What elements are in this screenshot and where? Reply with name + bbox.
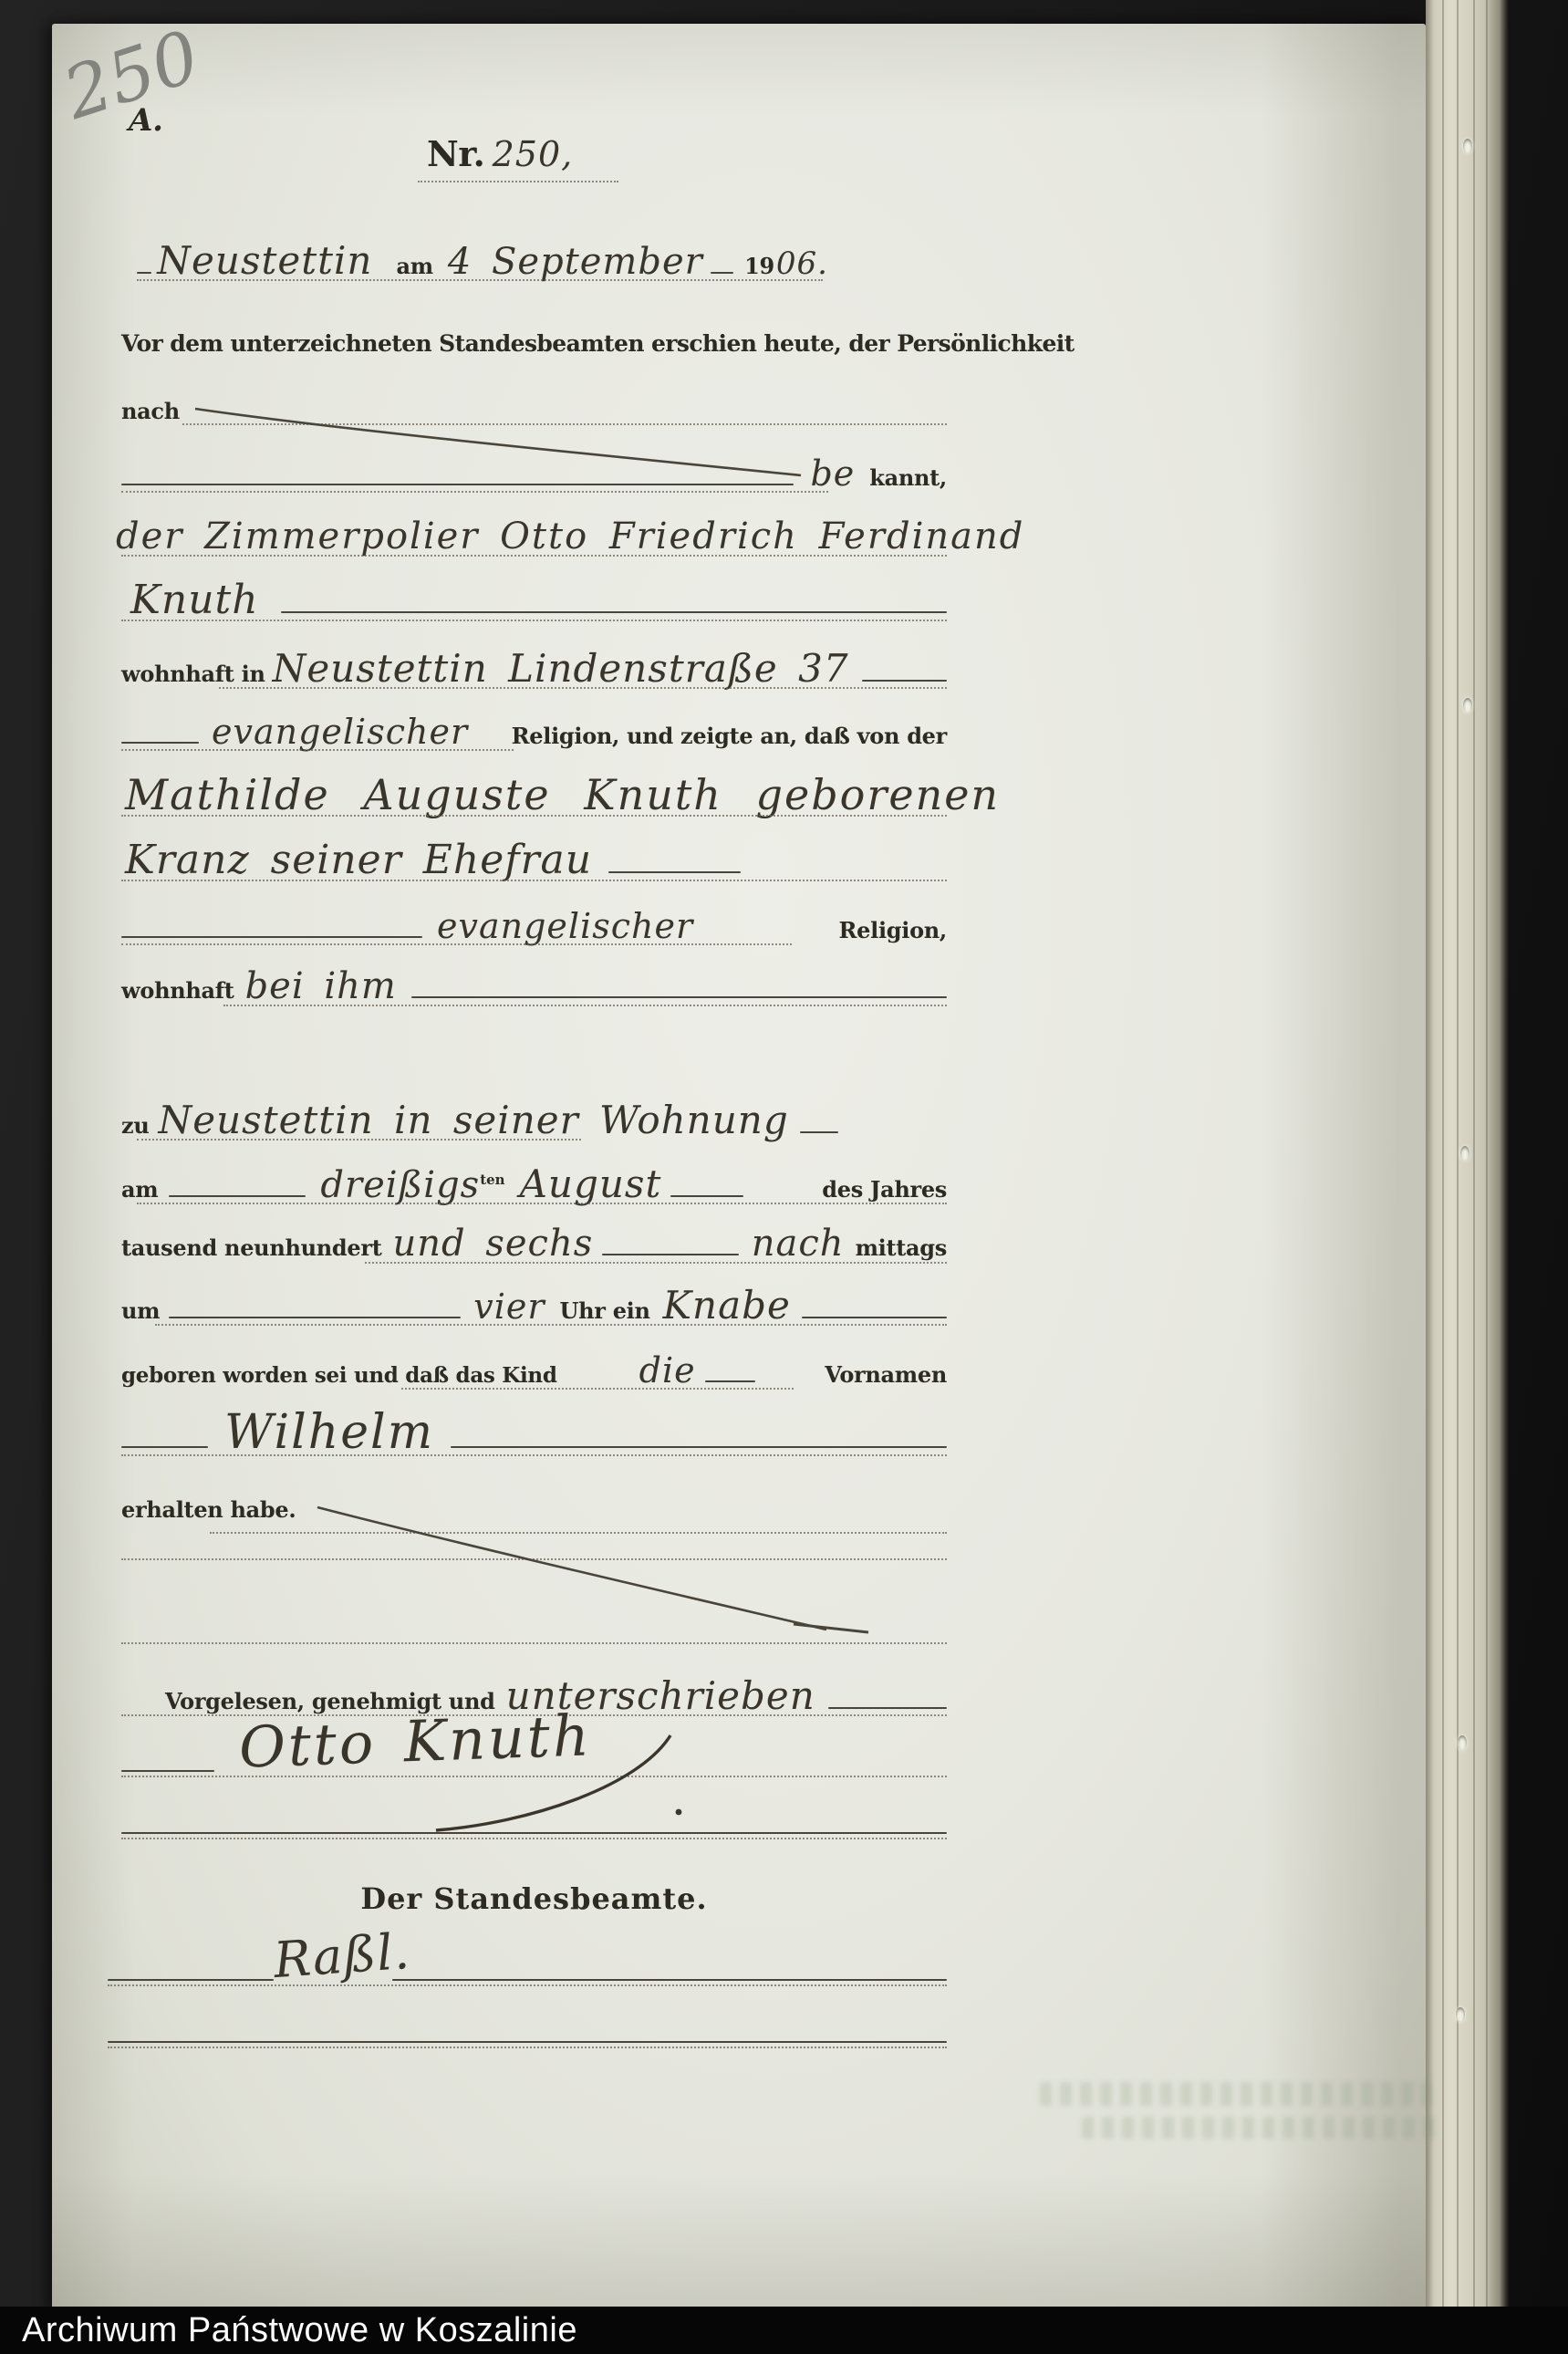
rule-segment bbox=[169, 1195, 306, 1197]
rule-segment bbox=[169, 1317, 461, 1318]
archive-name: Archiwum Państwowe w Koszalinie bbox=[22, 2311, 577, 2350]
birth-place-print: zu bbox=[121, 1112, 149, 1139]
registrar-title-line: Der Standesbeamte. bbox=[121, 1881, 947, 1916]
birth-hour-hand: vier bbox=[473, 1286, 545, 1327]
religion1-hand: evangelischer bbox=[212, 712, 468, 752]
registrar-title-text: Der Standesbeamte. bbox=[360, 1881, 707, 1916]
religion2-print: Religion, bbox=[839, 917, 947, 943]
rule-segment bbox=[828, 1707, 947, 1709]
declarant-signature: Otto Knuth bbox=[238, 1702, 593, 1780]
religion2-hand: evangelischer bbox=[437, 906, 693, 946]
mother-name-text: Mathilde Auguste Knuth geborenen bbox=[125, 770, 1000, 819]
erhalten-line: erhalten habe. bbox=[121, 1496, 947, 1523]
birth-year-print2: mittags bbox=[856, 1234, 947, 1261]
mother-name-line: Mathilde Auguste Knuth geborenen bbox=[125, 770, 947, 819]
erhalten-print: erhalten habe. bbox=[121, 1496, 296, 1523]
rule-segment bbox=[705, 1380, 755, 1382]
nach-line: nach bbox=[121, 398, 947, 424]
birth-day-suffix: ten bbox=[480, 1172, 504, 1188]
rule-segment bbox=[602, 1254, 739, 1255]
binding-stitch-hole bbox=[1460, 1146, 1469, 1161]
archive-footer-bar: Archiwum Państwowe w Koszalinie bbox=[0, 2307, 1568, 2354]
rule-segment bbox=[281, 611, 947, 613]
rule-segment bbox=[137, 272, 151, 274]
binding-stitch-hole bbox=[1463, 698, 1472, 713]
scanned-document-page: 250 A. Nr. 250, Neustettin am 4 Septembe… bbox=[0, 0, 1568, 2354]
date-day-month: 4 September bbox=[448, 241, 703, 283]
rule-segment bbox=[711, 272, 733, 274]
date-place: Neustettin bbox=[157, 238, 372, 283]
given-name-line: Wilhelm bbox=[121, 1405, 947, 1460]
residence-hand: Neustettin Lindenstraße 37 bbox=[273, 646, 849, 691]
birth-year-hand2: nach bbox=[752, 1223, 845, 1265]
date-year: 06. bbox=[776, 245, 828, 282]
birth-time-line: um vier Uhr ein Knabe bbox=[121, 1283, 947, 1328]
bekannt-print: kannt, bbox=[869, 464, 947, 491]
birth-time-print: Uhr ein bbox=[560, 1297, 650, 1324]
birth-day-hand: dreißigs bbox=[320, 1164, 480, 1206]
name-intro-print: geboren worden sei und daß das Kind bbox=[121, 1363, 557, 1388]
birth-place-hand: Neustettin in seiner Wohnung bbox=[158, 1098, 788, 1142]
binding-stitch-hole bbox=[1458, 1735, 1467, 1750]
intro-paragraph: Vor dem unterzeichneten Standesbeamten e… bbox=[121, 330, 970, 357]
rule-segment bbox=[121, 1446, 208, 1448]
date-line: Neustettin am 4 September 19 06. bbox=[137, 238, 828, 283]
residence-print: wohnhaft in bbox=[121, 661, 265, 687]
binding-stitch-hole bbox=[1456, 2007, 1465, 2022]
residence-line: wohnhaft in Neustettin Lindenstraße 37 bbox=[121, 646, 947, 691]
rule-segment bbox=[121, 484, 794, 485]
rule-segment bbox=[451, 1446, 947, 1448]
rule-segment bbox=[121, 936, 422, 938]
date-am-label: am bbox=[396, 253, 432, 279]
form-section-letter: A. bbox=[129, 102, 163, 139]
birth-place-line: zu Neustettin in seiner Wohnung bbox=[121, 1098, 947, 1142]
name-intro-print2: Vornamen bbox=[825, 1361, 947, 1388]
rule-segment bbox=[608, 871, 741, 873]
name-intro-hand: die bbox=[639, 1350, 696, 1391]
book-page-edges bbox=[1426, 0, 1510, 2354]
record-number-value: 250, bbox=[493, 134, 574, 174]
rule-segment bbox=[121, 742, 199, 744]
bleed-through-text bbox=[1082, 2117, 1436, 2139]
birth-time-um: um bbox=[121, 1297, 160, 1324]
record-number-label: Nr. bbox=[427, 133, 485, 174]
birth-day-am: am bbox=[121, 1176, 158, 1203]
mother-residence-line: wohnhaft bei ihm bbox=[121, 965, 947, 1007]
intro-text: Vor dem unterzeichneten Standesbeamten e… bbox=[121, 330, 1075, 357]
birth-year-print: tausend neunhundert bbox=[121, 1234, 382, 1261]
bleed-through-text bbox=[1040, 2082, 1432, 2106]
given-name-text: Wilhelm bbox=[224, 1405, 434, 1460]
mother-maiden-text: Kranz seiner Ehefrau bbox=[125, 837, 592, 883]
binding-stitch-hole bbox=[1463, 139, 1472, 153]
mother-maiden-line: Kranz seiner Ehefrau bbox=[125, 837, 947, 883]
declarant-surname-line: Knuth bbox=[130, 577, 947, 623]
birth-month-hand: August bbox=[520, 1161, 662, 1206]
mother-residence-hand: bei ihm bbox=[245, 965, 397, 1007]
religion-line-1: evangelischer Religion, und zeigte an, d… bbox=[121, 712, 947, 752]
mother-residence-print: wohnhaft bbox=[121, 977, 234, 1004]
registrar-signature: Raßl. bbox=[272, 1922, 412, 1989]
birth-year-hand: und sechs bbox=[393, 1223, 594, 1265]
record-number-line: Nr. 250, bbox=[427, 133, 646, 174]
bekannt-hand: be bbox=[810, 453, 855, 494]
nach-label: nach bbox=[121, 398, 180, 424]
rule-segment bbox=[862, 680, 947, 682]
birth-day-end: des Jahres bbox=[822, 1176, 947, 1203]
declarant-name-text: der Zimmerpolier Otto Friedrich Ferdinan… bbox=[116, 516, 1024, 557]
date-century: 19 bbox=[744, 253, 774, 279]
declarant-surname-text: Knuth bbox=[130, 577, 259, 623]
rule-segment bbox=[802, 1317, 947, 1318]
rule-segment bbox=[800, 1131, 838, 1133]
rule-segment bbox=[670, 1195, 743, 1197]
religion-line-2: evangelischer Religion, bbox=[121, 906, 947, 946]
birth-year-line: tausend neunhundert und sechs nach mitta… bbox=[121, 1223, 947, 1265]
religion1-print: Religion, und zeigte an, daß von der bbox=[512, 723, 947, 749]
birth-day-line: am dreißigs ten August des Jahres bbox=[121, 1161, 947, 1206]
bekannt-line: be kannt, bbox=[121, 453, 947, 494]
name-intro-line: geboren worden sei und daß das Kind die … bbox=[121, 1350, 947, 1391]
rule-segment bbox=[411, 996, 947, 998]
declarant-name-line: der Zimmerpolier Otto Friedrich Ferdinan… bbox=[116, 516, 947, 557]
birth-child-hand: Knabe bbox=[663, 1283, 791, 1328]
